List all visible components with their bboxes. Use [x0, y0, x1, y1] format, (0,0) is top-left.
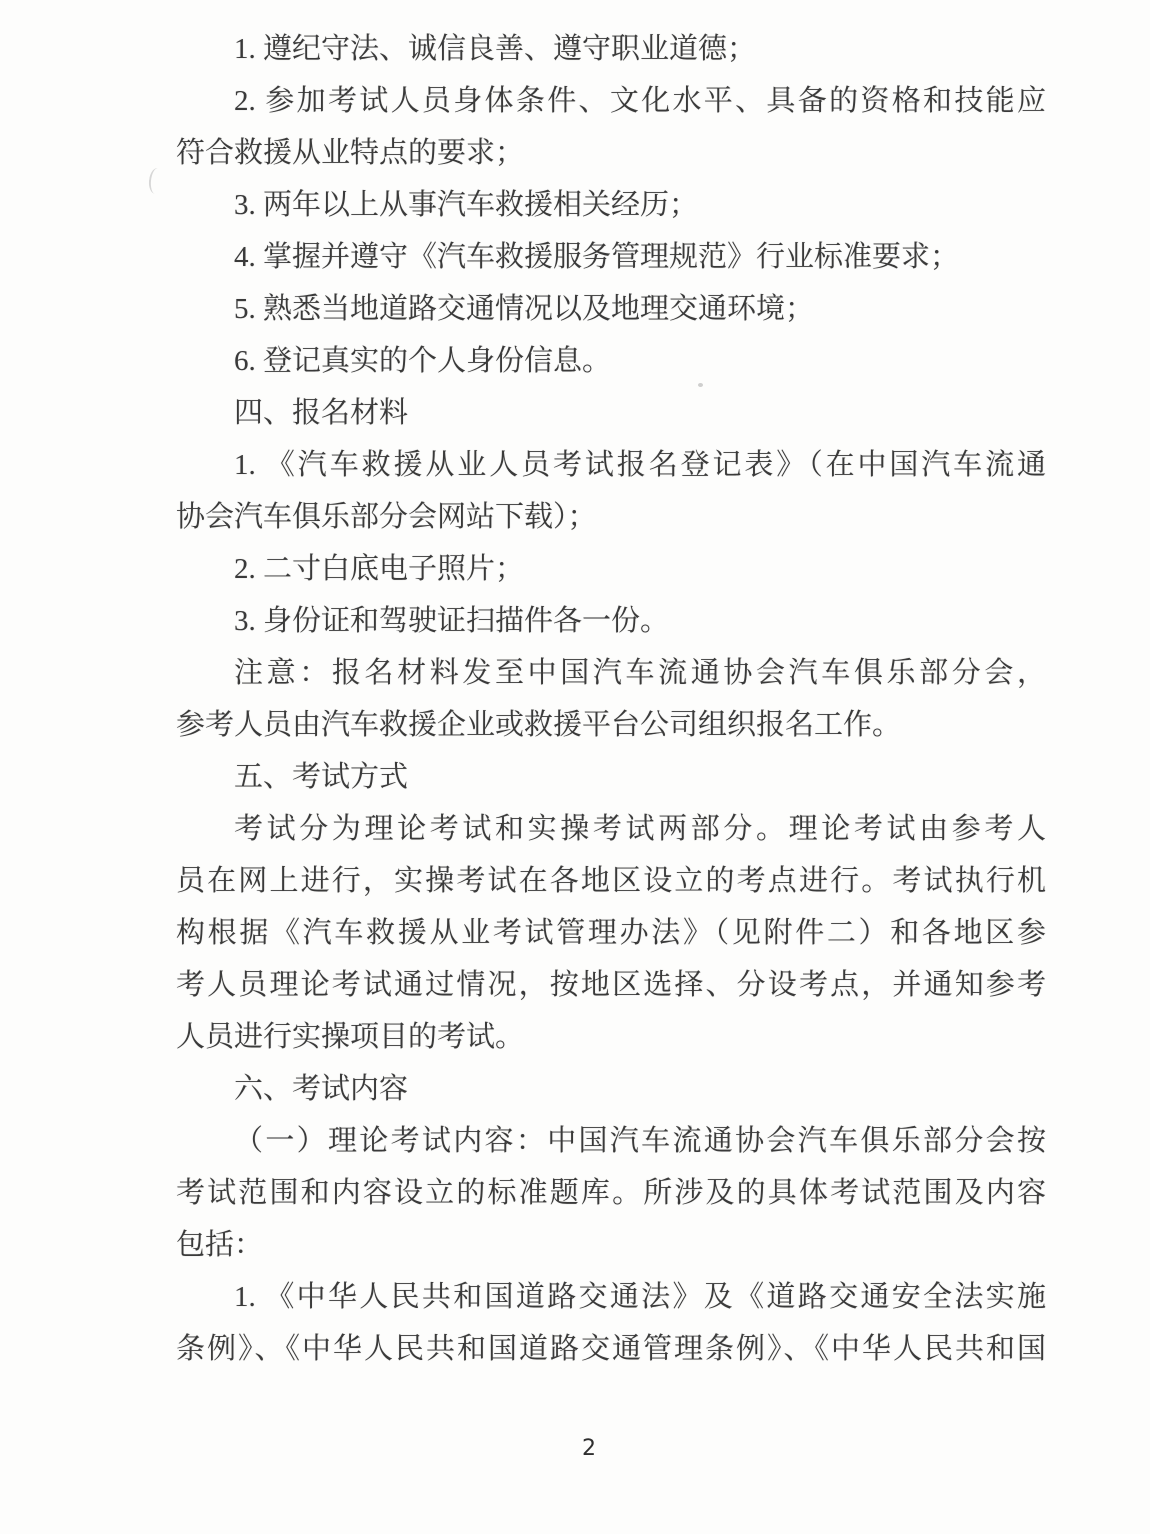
document-line: 2. 二寸白底电子照片； — [176, 543, 1046, 595]
document-line: 符合救援从业特点的要求； — [176, 127, 1046, 179]
document-line: 包括： — [176, 1219, 1046, 1271]
document-line: 1. 《中华人民共和国道路交通法》及《道路交通安全法实施 — [176, 1271, 1046, 1323]
document-line: 条例》、《中华人民共和国道路交通管理条例》、《中华人民共和国 — [176, 1323, 1046, 1375]
document-line: 员在网上进行，实操考试在各地区设立的考点进行。考试执行机 — [176, 855, 1046, 907]
document-line: 协会汽车俱乐部分会网站下载）； — [176, 491, 1046, 543]
document-line: 注意：报名材料发至中国汽车流通协会汽车俱乐部分会， — [176, 647, 1046, 699]
scan-smudge — [148, 167, 166, 194]
document-line: 人员进行实操项目的考试。 — [176, 1011, 1046, 1063]
document-line: 5. 熟悉当地道路交通情况以及地理交通环境； — [176, 283, 1046, 335]
document-line: 构根据《汽车救援从业考试管理办法》（见附件二）和各地区参 — [176, 907, 1046, 959]
document-line: 1. 《汽车救援从业人员考试报名登记表》（在中国汽车流通 — [176, 439, 1046, 491]
document-section-heading: 六、考试内容 — [176, 1063, 1046, 1115]
document-line: 3. 身份证和驾驶证扫描件各一份。 — [176, 595, 1046, 647]
document-page-body: 1. 遵纪守法、诚信良善、遵守职业道德； 2. 参加考试人员身体条件、文化水平、… — [176, 23, 1046, 1375]
document-line: 考试分为理论考试和实操考试两部分。理论考试由参考人 — [176, 803, 1046, 855]
document-line: 6. 登记真实的个人身份信息。 — [176, 335, 1046, 387]
document-line: 参考人员由汽车救援企业或救援平台公司组织报名工作。 — [176, 699, 1046, 751]
document-line: （一）理论考试内容：中国汽车流通协会汽车俱乐部分会按 — [176, 1115, 1046, 1167]
document-line: 1. 遵纪守法、诚信良善、遵守职业道德； — [176, 23, 1046, 75]
document-section-heading: 四、报名材料 — [176, 387, 1046, 439]
document-line: 3. 两年以上从事汽车救援相关经历； — [176, 179, 1046, 231]
page-number: 2 — [0, 1436, 1150, 1461]
document-line: 考试范围和内容设立的标准题库。所涉及的具体考试范围及内容 — [176, 1167, 1046, 1219]
document-line: 考人员理论考试通过情况，按地区选择、分设考点，并通知参考 — [176, 959, 1046, 1011]
document-section-heading: 五、考试方式 — [176, 751, 1046, 803]
document-line: 2. 参加考试人员身体条件、文化水平、具备的资格和技能应 — [176, 75, 1046, 127]
document-line: 4. 掌握并遵守《汽车救援服务管理规范》行业标准要求； — [176, 231, 1046, 283]
